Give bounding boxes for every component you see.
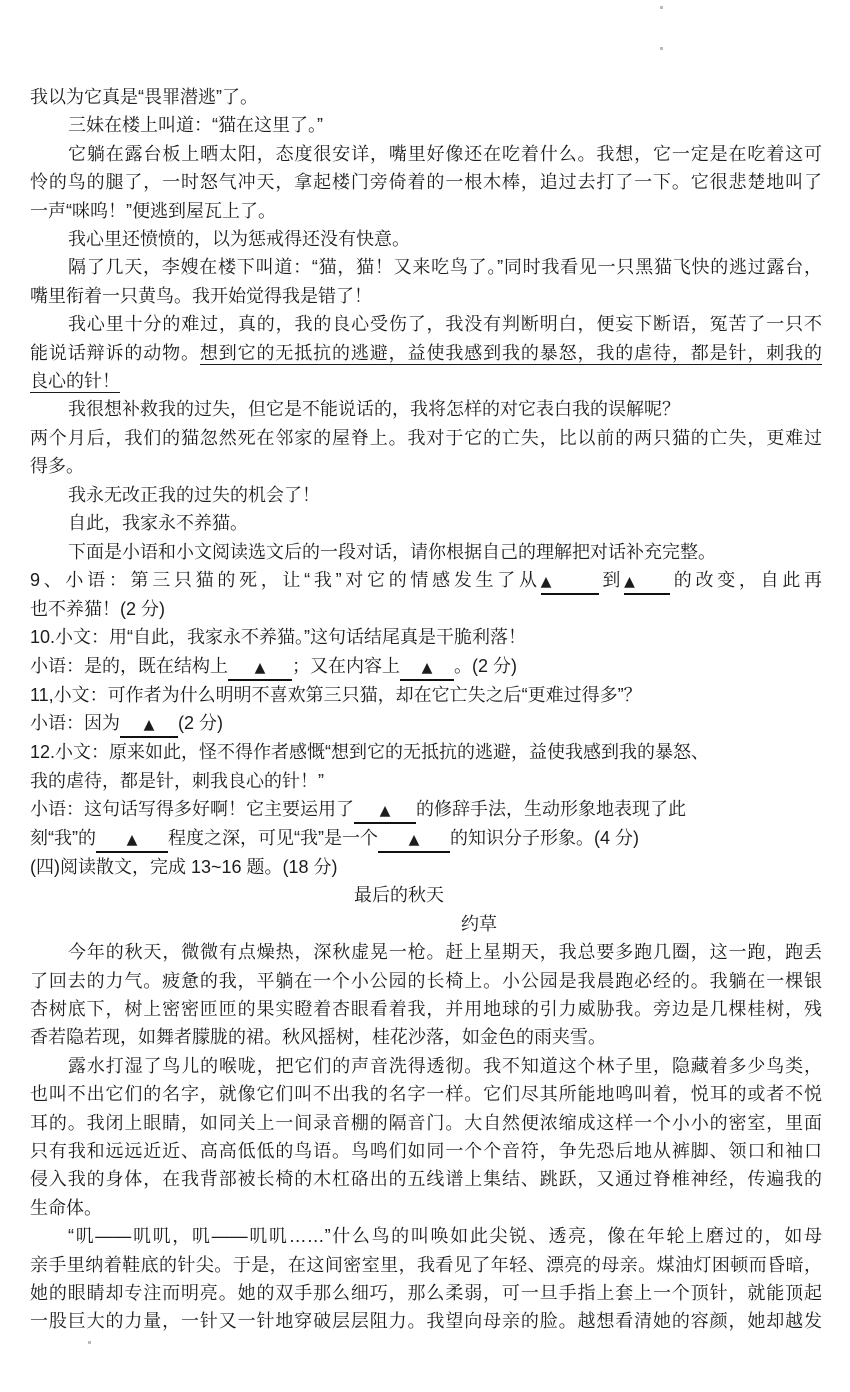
text-segment: 11,小文：可作者为什么明明不喜欢第三只猫，却在它亡失之后“更难过得多”？ bbox=[30, 685, 642, 705]
passage-line: 她的眼睛却专注而明亮。她的双手那么细巧，那么柔弱，可一旦手指上套上一个顶针，就能… bbox=[30, 1279, 822, 1307]
story-line: 能说话辩诉的动物。想到它的无抵抗的逃避，益使我感到我的暴怒，我的虐待，都是针，刺… bbox=[30, 339, 822, 367]
story-line: 两个月后，我们的猫忽然死在邻家的屋脊上。我对于它的亡失，比以前的两只猫的亡失，更… bbox=[30, 424, 822, 452]
answer-blank-marker: ▲ bbox=[228, 658, 292, 681]
text-segment: 自此，我家永不养猫。 bbox=[68, 513, 248, 533]
text-segment: 两个月后，我们的猫忽然死在邻家的屋脊上。我对于它的亡失，比以前的两只猫的亡失，更… bbox=[30, 428, 822, 448]
instruction-line: 下面是小语和小文阅读选文后的一段对话，请你根据自己的理解把对话补充完整。 bbox=[30, 538, 822, 566]
story-line: 一声“咪呜！”便逃到屋瓦上了。 bbox=[30, 197, 822, 225]
passage-title: 最后的秋天 bbox=[30, 881, 822, 909]
question-line: 刻“我”的▲程度之深，可见“我”是一个▲的知识分子形象。(4 分) bbox=[30, 824, 822, 853]
answer-blank-marker: ▲ bbox=[120, 715, 178, 738]
passage-line: 了回去的力气。疲惫的我，平躺在一个小公园的长椅上。小公园是我晨跑必经的。我躺在一… bbox=[30, 967, 822, 995]
text-segment: 嘴里衔着一只黄鸟。我开始觉得我是错了！ bbox=[30, 286, 372, 306]
answer-blank-marker: ▲ bbox=[378, 830, 450, 853]
text-segment: 露水打湿了鸟儿的喉咙，把它们的声音洗得透彻。我不知道这个林子里，隐藏着多少鸟类， bbox=[68, 1056, 822, 1076]
passage-line: 杏树底下，树上密密匝匝的果实瞪着杏眼看着我，并用地球的引力威胁我。旁边是几棵桂树… bbox=[30, 995, 822, 1023]
story-line: 自此，我家永不养猫。 bbox=[30, 509, 822, 537]
text-segment: 的改变，自此再 bbox=[670, 570, 822, 590]
text-segment: 小语：是的，既在结构上 bbox=[30, 656, 228, 676]
text-segment: 也叫不出它们的名字，就像它们叫不出我的名字一样。它们尽其所能地鸣叫着，悦耳的或者… bbox=[30, 1084, 822, 1104]
question-line: 12.小文：原来如此，怪不得作者感慨“想到它的无抵抗的逃避，益使我感到我的暴怒、 bbox=[30, 738, 822, 766]
text-segment: 的知识分子形象。(4 分) bbox=[450, 828, 639, 848]
text-segment: 下面是小语和小文阅读选文后的一段对话，请你根据自己的理解把对话补充完整。 bbox=[68, 542, 716, 562]
text-segment: “叽——叽叽，叽——叽叽……”什么鸟的叫唤如此尖锐、透亮，像在年轮上磨过的，如母 bbox=[68, 1226, 822, 1246]
text-segment: 耳的。我闭上眼睛，如同关上一间录音棚的隔音门。大自然便浓缩成这样一个小小的密室，… bbox=[30, 1113, 822, 1133]
scan-artifact-dot bbox=[88, 1341, 91, 1344]
section-header: (四)阅读散文，完成 13~16 题。(18 分) bbox=[30, 853, 822, 881]
text-segment: 的修辞手法，生动形象地表现了此 bbox=[416, 799, 686, 819]
text-segment: 10.小文：用“自此，我家永不养猫。”这句话结尾真是干脆利落！ bbox=[30, 627, 526, 647]
text-segment: 怜的鸟的腿了，一时怒气冲天，拿起楼门旁倚着的一根木棒，追过去打了一下。它很悲楚地… bbox=[30, 172, 822, 192]
passage-line: “叽——叽叽，叽——叽叽……”什么鸟的叫唤如此尖锐、透亮，像在年轮上磨过的，如母 bbox=[30, 1222, 822, 1250]
story-line: 嘴里衔着一只黄鸟。我开始觉得我是错了！ bbox=[30, 282, 822, 310]
text-segment: 了回去的力气。疲惫的我，平躺在一个小公园的长椅上。小公园是我晨跑必经的。我躺在一… bbox=[30, 971, 822, 991]
text-segment: 一声“咪呜！”便逃到屋瓦上了。 bbox=[30, 201, 276, 221]
text-segment: 程度之深，可见“我”是一个 bbox=[168, 828, 378, 848]
answer-blank-marker: ▲ bbox=[624, 572, 670, 595]
question-line: 我的虐待，都是针，刺我良心的针！” bbox=[30, 767, 822, 795]
text-segment: 它躺在露台板上晒太阳，态度很安详，嘴里好像还在吃着什么。我想，它一定是在吃着这可 bbox=[68, 144, 822, 164]
text-segment: 小语：因为 bbox=[30, 713, 120, 733]
text-segment: 今年的秋天，微微有点燥热，深秋虚晃一枪。赶上星期天，我总要多跑几圈，这一跑，跑丢 bbox=[68, 942, 822, 962]
story-line: 良心的针！ bbox=[30, 367, 822, 395]
passage-line: 耳的。我闭上眼睛，如同关上一间录音棚的隔音门。大自然便浓缩成这样一个小小的密室，… bbox=[30, 1109, 822, 1137]
question-line: 11,小文：可作者为什么明明不喜欢第三只猫，却在它亡失之后“更难过得多”？ bbox=[30, 681, 822, 709]
story-line: 我以为它真是“畏罪潜逃”了。 bbox=[30, 83, 822, 111]
text-segment: 最后的秋天 bbox=[354, 885, 444, 905]
text-segment: 得多。 bbox=[30, 456, 84, 476]
passage-line: 今年的秋天，微微有点燥热，深秋虚晃一枪。赶上星期天，我总要多跑几圈，这一跑，跑丢 bbox=[30, 938, 822, 966]
text-segment: 我心里十分的难过，真的，我的良心受伤了，我没有判断明白，便妄下断语，冤苦了一只不 bbox=[68, 314, 822, 334]
passage-line: 一股巨大的力量，一针又一针地穿破层层阻力。我望向母亲的脸。越想看清她的容颜，她却… bbox=[30, 1307, 822, 1335]
passage-author: 约草 bbox=[30, 910, 822, 938]
text-segment: 香若隐若现，如舞者朦胧的裙。秋风摇树，桂花沙落，如金色的雨夹雪。 bbox=[30, 1027, 606, 1047]
text-segment: 到 bbox=[599, 570, 624, 590]
text-segment: (四)阅读散文，完成 13~16 题。(18 分) bbox=[30, 857, 338, 877]
question-line: 小语：这句话写得多好啊！它主要运用了▲的修辞手法，生动形象地表现了此 bbox=[30, 795, 822, 824]
document-body: 我以为它真是“畏罪潜逃”了。三妹在楼上叫道：“猫在这里了。”它躺在露台板上晒太阳… bbox=[30, 83, 822, 1336]
text-segment: 生命体。 bbox=[30, 1198, 102, 1218]
text-segment: 9、小语：第三只猫的死，让“我”对它的情感发生了从 bbox=[30, 570, 541, 590]
text-segment: 隔了几天，李嫂在楼下叫道：“猫，猫！又来吃鸟了。”同时我看见一只黑猫飞快的逃过露… bbox=[68, 257, 822, 277]
question-line: 10.小文：用“自此，我家永不养猫。”这句话结尾真是干脆利落！ bbox=[30, 623, 822, 651]
story-line: 它躺在露台板上晒太阳，态度很安详，嘴里好像还在吃着什么。我想，它一定是在吃着这可 bbox=[30, 140, 822, 168]
text-segment: ；又在内容上 bbox=[292, 656, 400, 676]
text-segment: 能说话辩诉的动物。 bbox=[30, 343, 200, 363]
text-segment: 我的虐待，都是针，刺我良心的针！” bbox=[30, 771, 324, 791]
text-segment: 12.小文：原来如此，怪不得作者感慨“想到它的无抵抗的逃避，益使我感到我的暴怒、 bbox=[30, 742, 709, 762]
story-line: 怜的鸟的腿了，一时怒气冲天，拿起楼门旁倚着的一根木棒，追过去打了一下。它很悲楚地… bbox=[30, 168, 822, 196]
question-line: 小语：因为▲(2 分) bbox=[30, 709, 822, 738]
answer-blank-marker: ▲ bbox=[96, 830, 168, 853]
text-segment: 我心里还愤愤的，以为惩戒得还没有快意。 bbox=[68, 229, 410, 249]
text-segment: 一股巨大的力量，一针又一针地穿破层层阻力。我望向母亲的脸。越想看清她的容颜，她却… bbox=[30, 1311, 822, 1331]
story-line: 隔了几天，李嫂在楼下叫道：“猫，猫！又来吃鸟了。”同时我看见一只黑猫飞快的逃过露… bbox=[30, 253, 822, 281]
story-line: 得多。 bbox=[30, 452, 822, 480]
passage-line: 生命体。 bbox=[30, 1194, 822, 1222]
underlined-emphasis: 想到它的无抵抗的逃避，益使我感到我的暴怒，我的虐待，都是针，刺我的 bbox=[200, 343, 822, 365]
text-segment: 亲手里纳着鞋底的针尖。于是，在这间密室里，我看见了年轻、漂亮的母亲。煤油灯困顿而… bbox=[30, 1255, 822, 1275]
story-line: 我心里还愤愤的，以为惩戒得还没有快意。 bbox=[30, 225, 822, 253]
scan-artifact-dot bbox=[660, 47, 663, 50]
story-line: 我心里十分的难过，真的，我的良心受伤了，我没有判断明白，便妄下断语，冤苦了一只不 bbox=[30, 310, 822, 338]
text-segment: 约草 bbox=[461, 914, 497, 934]
passage-line: 露水打湿了鸟儿的喉咙，把它们的声音洗得透彻。我不知道这个林子里，隐藏着多少鸟类， bbox=[30, 1052, 822, 1080]
passage-line: 只有我和远远近近、高高低低的鸟语。鸟鸣们如同一个个音符，争先恐后地从裤脚、领口和… bbox=[30, 1137, 822, 1165]
question-line: 也不养猫！(2 分) bbox=[30, 595, 822, 623]
text-segment: 只有我和远远近近、高高低低的鸟语。鸟鸣们如同一个个音符，争先恐后地从裤脚、领口和… bbox=[30, 1141, 822, 1161]
story-line: 我永无改正我的过失的机会了！ bbox=[30, 481, 822, 509]
question-line: 9、小语：第三只猫的死，让“我”对它的情感发生了从▲到▲的改变，自此再 bbox=[30, 566, 822, 595]
text-segment: 三妹在楼上叫道：“猫在这里了。” bbox=[68, 115, 323, 135]
text-segment: 杏树底下，树上密密匝匝的果实瞪着杏眼看着我，并用地球的引力威胁我。旁边是几棵桂树… bbox=[30, 999, 822, 1019]
passage-line: 也叫不出它们的名字，就像它们叫不出我的名字一样。它们尽其所能地鸣叫着，悦耳的或者… bbox=[30, 1080, 822, 1108]
underlined-emphasis: 良心的针！ bbox=[30, 371, 120, 393]
answer-blank-marker: ▲ bbox=[541, 572, 599, 595]
text-segment: 刻“我”的 bbox=[30, 828, 96, 848]
passage-line: 侵入我的身体，在我背部被长椅的木杠硌出的五线谱上集结、跳跃，又通过脊椎神经，传遍… bbox=[30, 1165, 822, 1193]
answer-blank-marker: ▲ bbox=[354, 801, 416, 824]
passage-line: 亲手里纳着鞋底的针尖。于是，在这间密室里，我看见了年轻、漂亮的母亲。煤油灯困顿而… bbox=[30, 1251, 822, 1279]
text-segment: 我以为它真是“畏罪潜逃”了。 bbox=[30, 87, 258, 107]
scan-artifact-dot bbox=[660, 6, 663, 9]
text-segment: 我永无改正我的过失的机会了！ bbox=[68, 485, 320, 505]
exam-page: 我以为它真是“畏罪潜逃”了。三妹在楼上叫道：“猫在这里了。”它躺在露台板上晒太阳… bbox=[0, 0, 850, 1392]
text-segment: 我很想补救我的过失，但它是不能说话的，我将怎样的对它表白我的误解呢？ bbox=[68, 399, 680, 419]
text-segment: (2 分) bbox=[178, 713, 223, 733]
answer-blank-marker: ▲ bbox=[400, 658, 454, 681]
story-line: 我很想补救我的过失，但它是不能说话的，我将怎样的对它表白我的误解呢？ bbox=[30, 395, 822, 423]
text-segment: 小语：这句话写得多好啊！它主要运用了 bbox=[30, 799, 354, 819]
story-line: 三妹在楼上叫道：“猫在这里了。” bbox=[30, 111, 822, 139]
text-segment: 。(2 分) bbox=[454, 656, 517, 676]
text-segment: 她的眼睛却专注而明亮。她的双手那么细巧，那么柔弱，可一旦手指上套上一个顶针，就能… bbox=[30, 1283, 822, 1303]
question-line: 小语：是的，既在结构上▲；又在内容上▲。(2 分) bbox=[30, 652, 822, 681]
passage-line: 香若隐若现，如舞者朦胧的裙。秋风摇树，桂花沙落，如金色的雨夹雪。 bbox=[30, 1023, 822, 1051]
text-segment: 也不养猫！(2 分) bbox=[30, 599, 165, 619]
text-segment: 侵入我的身体，在我背部被长椅的木杠硌出的五线谱上集结、跳跃，又通过脊椎神经，传遍… bbox=[30, 1169, 822, 1189]
